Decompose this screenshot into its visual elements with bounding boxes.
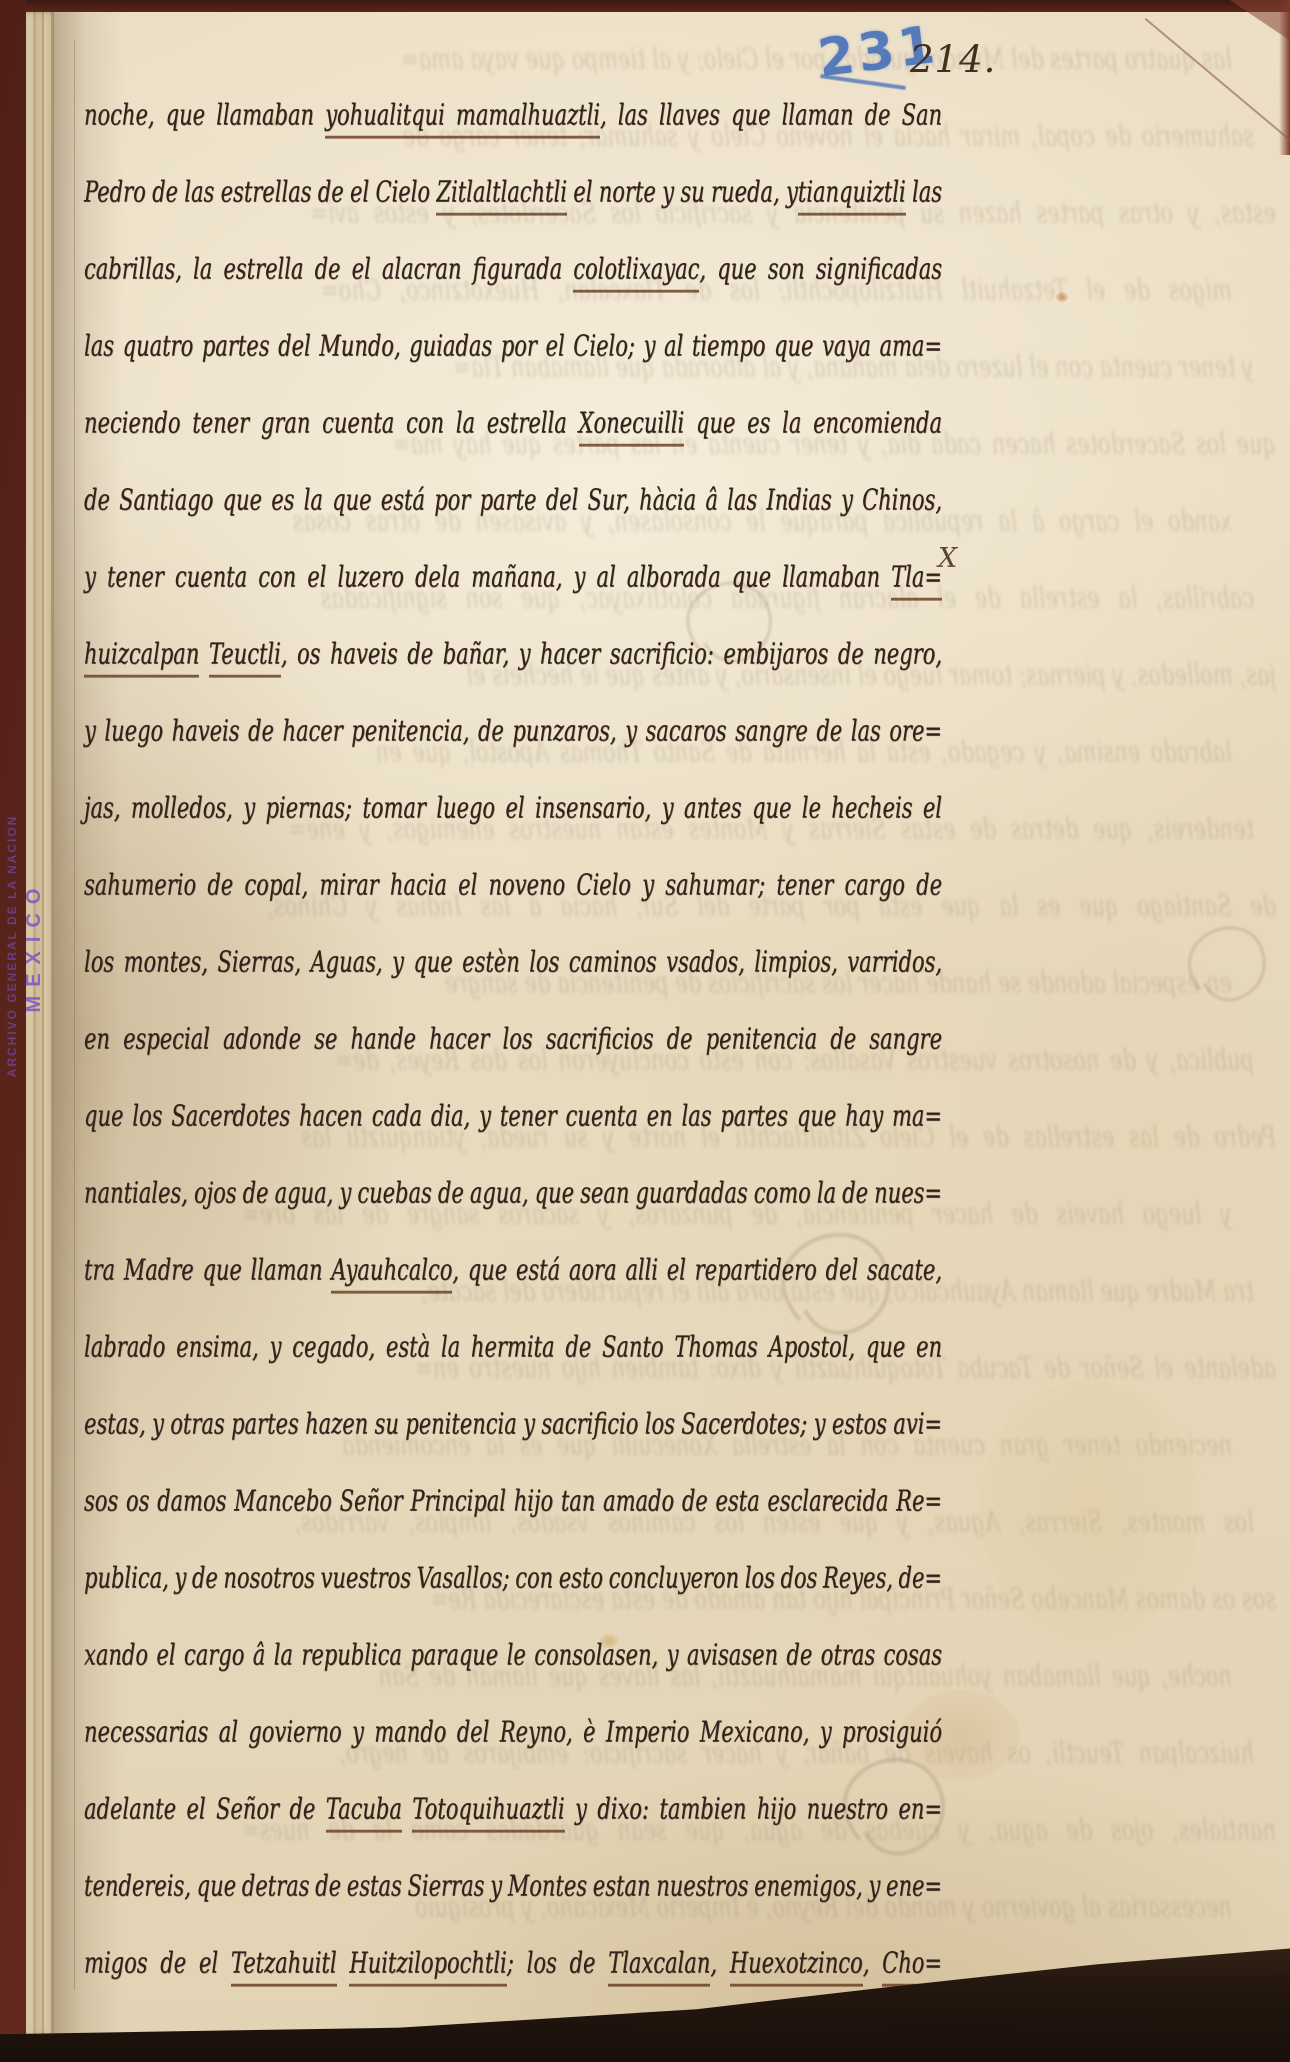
underlined-term: Tetzahuitl	[231, 1946, 337, 1987]
manuscript-text-block: noche, que llamaban yohualitqui mamalhua…	[84, 77, 944, 2002]
archive-stamp-city: MEXICO	[20, 812, 48, 1080]
underlined-term: Tla=	[891, 560, 942, 601]
underlined-term: Ayauhcalco	[331, 1253, 452, 1294]
archive-stamp: ARCHIVO GENERAL DE LA NACION MEXICO	[4, 812, 52, 1080]
underlined-term: Tacuba	[326, 1792, 402, 1833]
underlined-term: Cho=	[882, 1946, 942, 1987]
underlined-term: huizcalpan	[84, 637, 199, 678]
page-stain	[1056, 292, 1068, 302]
underlined-term: tianquiztli	[798, 175, 906, 216]
underlined-term: Tlaxcalan	[608, 1946, 710, 1987]
underlined-term: Huexotzinco	[730, 1946, 863, 1987]
binding-top-edge	[26, 0, 1290, 12]
folio-number-ink: 214.	[910, 38, 996, 81]
underlined-term: Zitlaltlachtli	[436, 175, 567, 216]
underlined-term: Xonecuilli	[579, 406, 685, 447]
underlined-term: Huitzilopochtli	[349, 1946, 506, 1987]
underlined-term: Totoquihuaztli	[412, 1792, 564, 1833]
underlined-term: yohualitqui mamalhuaztli	[325, 98, 600, 139]
margin-x-mark: X	[938, 543, 957, 574]
archive-stamp-name: ARCHIVO GENERAL DE LA NACION	[4, 812, 20, 1080]
underlined-term: colotlixayac	[573, 252, 699, 293]
page-stain	[980, 1380, 1200, 1640]
manuscript-scan-page: las quatro partes del Mundo, guiadas por…	[0, 0, 1290, 2062]
underlined-term: Teuctli	[209, 637, 281, 678]
